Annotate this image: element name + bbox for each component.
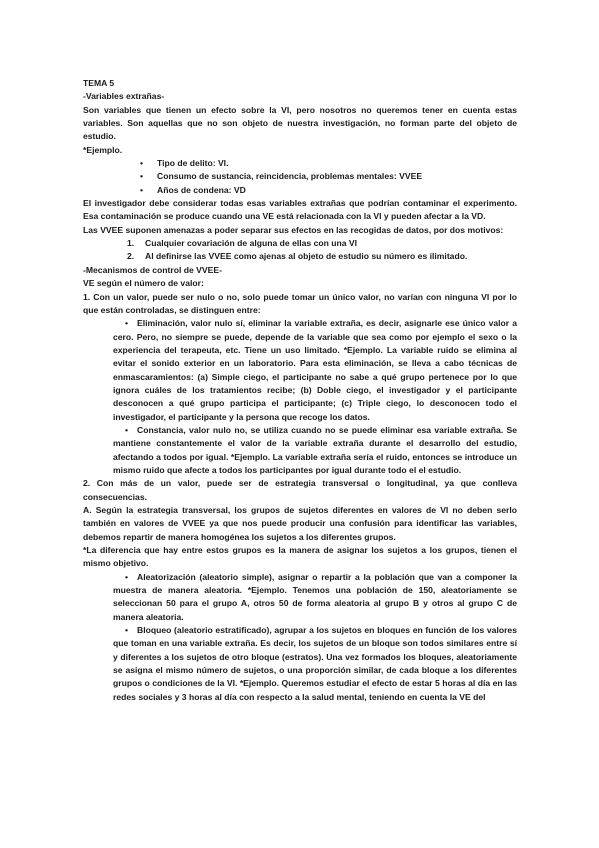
blocking-bullet-paragraph: •Bloqueo (aleatorio estratificado), agru… bbox=[113, 624, 517, 704]
numbered-item: 2. Al definirse las VVEE como ajenas al … bbox=[127, 250, 517, 263]
item-number: 2. bbox=[127, 250, 145, 263]
intro-paragraph: Son variables que tienen un efecto sobre… bbox=[83, 104, 517, 144]
bullet-icon: • bbox=[140, 157, 157, 170]
randomization-bullet-paragraph: •Aleatorización (aleatorio simple), asig… bbox=[113, 571, 517, 624]
one-value-paragraph: 1. Con un valor, puede ser nulo o no, so… bbox=[83, 291, 517, 318]
bullet-icon: • bbox=[125, 572, 137, 582]
investigator-paragraph: El investigador debe considerar todas es… bbox=[83, 197, 517, 224]
list-item-text: Años de condena: VD bbox=[157, 184, 246, 197]
constancy-bullet-paragraph: •Constancia, valor nulo no, se utiliza c… bbox=[113, 424, 517, 477]
example-label: *Ejemplo. bbox=[83, 144, 517, 157]
threats-numbered-list: 1. Cualquier covariación de alguna de el… bbox=[83, 237, 517, 264]
bullet-icon: • bbox=[125, 425, 137, 435]
list-item-text: Tipo de delito: VI. bbox=[157, 157, 228, 170]
item-number: 1. bbox=[127, 237, 145, 250]
blocking-text: Bloqueo (aleatorio estratificado), agrup… bbox=[113, 625, 517, 702]
list-item: • Consumo de sustancia, reincidencia, pr… bbox=[140, 170, 517, 183]
threats-paragraph: Las VVEE suponen amenazas a poder separa… bbox=[83, 224, 517, 237]
two-values-paragraph: 2. Con más de un valor, puede ser de est… bbox=[83, 477, 517, 504]
ve-heading: VE según el número de valor: bbox=[83, 277, 517, 290]
elimination-bullet-paragraph: •Eliminación, valor nulo sí, eliminar la… bbox=[113, 317, 517, 424]
randomization-text: Aleatorización (aleatorio simple), asign… bbox=[113, 572, 517, 622]
page-title: TEMA 5 bbox=[83, 77, 517, 90]
difference-note-paragraph: *La diferencia que hay entre estos grupo… bbox=[83, 544, 517, 571]
constancy-text: Constancia, valor nulo no, se utiliza cu… bbox=[113, 425, 517, 475]
document-content: TEMA 5 -Variables extrañas- Son variable… bbox=[83, 77, 517, 704]
transversal-paragraph: A. Según la estrategia transversal, los … bbox=[83, 504, 517, 544]
elimination-text: Eliminación, valor nulo sí, eliminar la … bbox=[113, 318, 517, 421]
numbered-item-text: Cualquier covariación de alguna de ellas… bbox=[145, 237, 357, 250]
numbered-item-text: Al definirse las VVEE como ajenas al obj… bbox=[145, 250, 467, 263]
section-heading-mecanismos: -Mecanismos de control de VVEE- bbox=[83, 264, 517, 277]
list-item-text: Consumo de sustancia, reincidencia, prob… bbox=[157, 170, 422, 183]
numbered-item: 1. Cualquier covariación de alguna de el… bbox=[127, 237, 517, 250]
document-page: TEMA 5 -Variables extrañas- Son variable… bbox=[0, 0, 599, 848]
list-item: • Tipo de delito: VI. bbox=[140, 157, 517, 170]
list-item: • Años de condena: VD bbox=[140, 184, 517, 197]
section-heading-variables-extranas: -Variables extrañas- bbox=[83, 90, 517, 103]
bullet-icon: • bbox=[140, 170, 157, 183]
bullet-icon: • bbox=[125, 625, 137, 635]
bullet-icon: • bbox=[140, 184, 157, 197]
bullet-icon: • bbox=[125, 318, 137, 328]
example-bullet-list: • Tipo de delito: VI. • Consumo de susta… bbox=[83, 157, 517, 197]
